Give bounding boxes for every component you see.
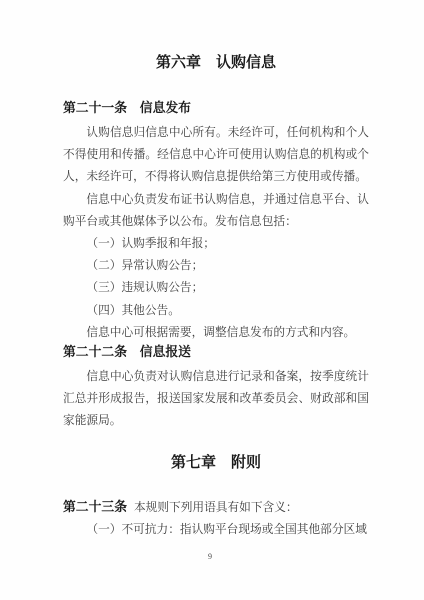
chapter-6-heading: 第六章 认购信息 [63, 52, 369, 74]
article-21-paragraph-2: 信息中心负责发布证书认购信息，并通过信息平台、认购平台或其他媒体予以公布。发布信… [63, 189, 369, 233]
list-item: （四）其他公告。 [63, 300, 369, 322]
page-content: 第六章 认购信息 第二十一条 信息发布 认购信息归信息中心所有。未经许可，任何机… [63, 0, 369, 541]
list-item: （三）违规认购公告； [63, 277, 369, 299]
article-21-paragraph-1: 认购信息归信息中心所有。未经许可，任何机构和个人不得使用和传播。经信息中心许可使… [63, 122, 369, 189]
article-21-heading: 第二十一条 信息发布 [63, 97, 369, 119]
article-23-lead: 本规则下列用语具有如下含义： [134, 501, 298, 514]
list-item: （二）异常认购公告； [63, 255, 369, 277]
article-23-number: 第二十三条 [63, 500, 127, 514]
chapter-7-heading: 第七章 附则 [63, 452, 369, 474]
article-22-heading: 第二十二条 信息报送 [63, 341, 369, 363]
article-22-paragraph-1: 信息中心负责对认购信息进行记录和备案，按季度统计汇总并形成报告，报送国家发展和改… [63, 366, 369, 433]
list-item: （一）不可抗力：指认购平台现场或全国其他部分区域 [63, 519, 369, 541]
list-item: （一）认购季报和年报； [63, 233, 369, 255]
document-page: 第六章 认购信息 第二十一条 信息发布 认购信息归信息中心所有。未经许可，任何机… [0, 0, 424, 600]
page-number: 9 [0, 552, 420, 561]
article-23-line: 第二十三条本规则下列用语具有如下含义： [63, 496, 369, 519]
